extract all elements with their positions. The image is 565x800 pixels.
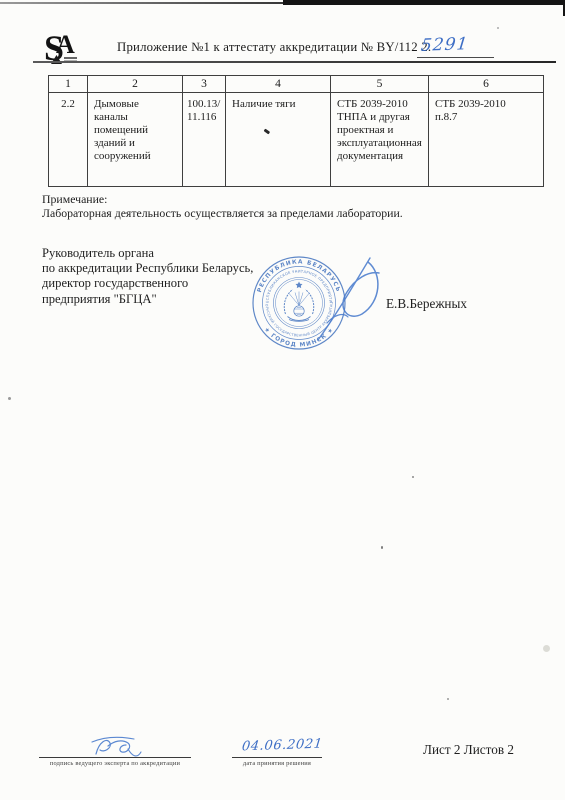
- scan-speck: [543, 645, 550, 652]
- column-header-6: 6: [429, 76, 544, 93]
- accreditation-scope-table: 1 2 3 4 5 6 2.2 Дымовые каналы помещений…: [48, 75, 544, 187]
- table-header-row: 1 2 3 4 5 6: [49, 76, 544, 93]
- expert-signature-line: [39, 757, 191, 758]
- approver-position-line: предприятия "БГЦА": [42, 292, 253, 307]
- approver-position-line: по аккредитации Республики Беларусь,: [42, 261, 253, 276]
- decision-date-handwritten: 04.06.2021: [241, 737, 323, 755]
- cell-documents: СТБ 2039-2010 ТНПА и другая проектная и …: [331, 93, 429, 187]
- cell-method-reference: СТБ 2039-2010 п.8.7: [429, 93, 544, 187]
- logo-letter-a: A: [56, 30, 75, 59]
- scan-speck: [447, 698, 449, 700]
- scanned-document-page: S A Приложение №1 к аттестату аккредитац…: [0, 0, 565, 800]
- cell-code-text: 100.13/ 11.116: [187, 98, 227, 124]
- expert-signature-caption: подпись ведущего эксперта по аккредитаци…: [34, 760, 196, 767]
- logo-text-bar: [64, 57, 77, 59]
- table-row: 2.2 Дымовые каналы помещений зданий и со…: [49, 93, 544, 187]
- column-header-5: 5: [331, 76, 429, 93]
- cell-documents-text: СТБ 2039-2010 ТНПА и другая проектная и …: [337, 98, 423, 163]
- cell-method-reference-text: СТБ 2039-2010 п.8.7: [435, 98, 509, 124]
- cell-characteristics: Наличие тяги: [226, 93, 331, 187]
- header-rule: [33, 61, 556, 63]
- sheet-counter: Лист 2 Листов 2: [423, 742, 514, 758]
- attestation-number-handwritten: 5291: [420, 34, 470, 56]
- column-header-1: 1: [49, 76, 88, 93]
- column-header-2: 2: [88, 76, 183, 93]
- scan-speck: [497, 27, 499, 29]
- cell-object-text: Дымовые каналы помещений зданий и сооруж…: [94, 98, 148, 163]
- cell-index: 2.2: [49, 93, 88, 187]
- approver-position-line: Руководитель органа: [42, 246, 253, 261]
- document-title: Приложение №1 к аттестату аккредитации №…: [117, 40, 431, 55]
- column-header-3: 3: [183, 76, 226, 93]
- scan-edge-artifact: [283, 0, 565, 5]
- note-text: Лабораторная деятельность осуществляется…: [42, 206, 403, 220]
- decision-date-caption: дата принятия решения: [232, 760, 322, 767]
- scan-speck: [8, 397, 11, 400]
- scan-speck: [412, 476, 414, 478]
- approver-position-line: директор государственного: [42, 276, 253, 291]
- scan-edge-artifact: [0, 2, 311, 4]
- director-signature-icon: [305, 248, 400, 348]
- decision-date-line: [232, 757, 322, 758]
- cell-code: 100.13/ 11.116: [183, 93, 226, 187]
- bgca-logo-icon: S A: [44, 27, 84, 71]
- note-block: Примечание: Лабораторная деятельность ос…: [42, 192, 403, 220]
- cell-object: Дымовые каналы помещений зданий и сооруж…: [88, 93, 183, 187]
- number-underline: [417, 57, 494, 58]
- scan-speck: [381, 546, 383, 549]
- column-header-4: 4: [226, 76, 331, 93]
- approval-block: Руководитель органа по аккредитации Респ…: [42, 246, 253, 307]
- note-label: Примечание:: [42, 192, 403, 206]
